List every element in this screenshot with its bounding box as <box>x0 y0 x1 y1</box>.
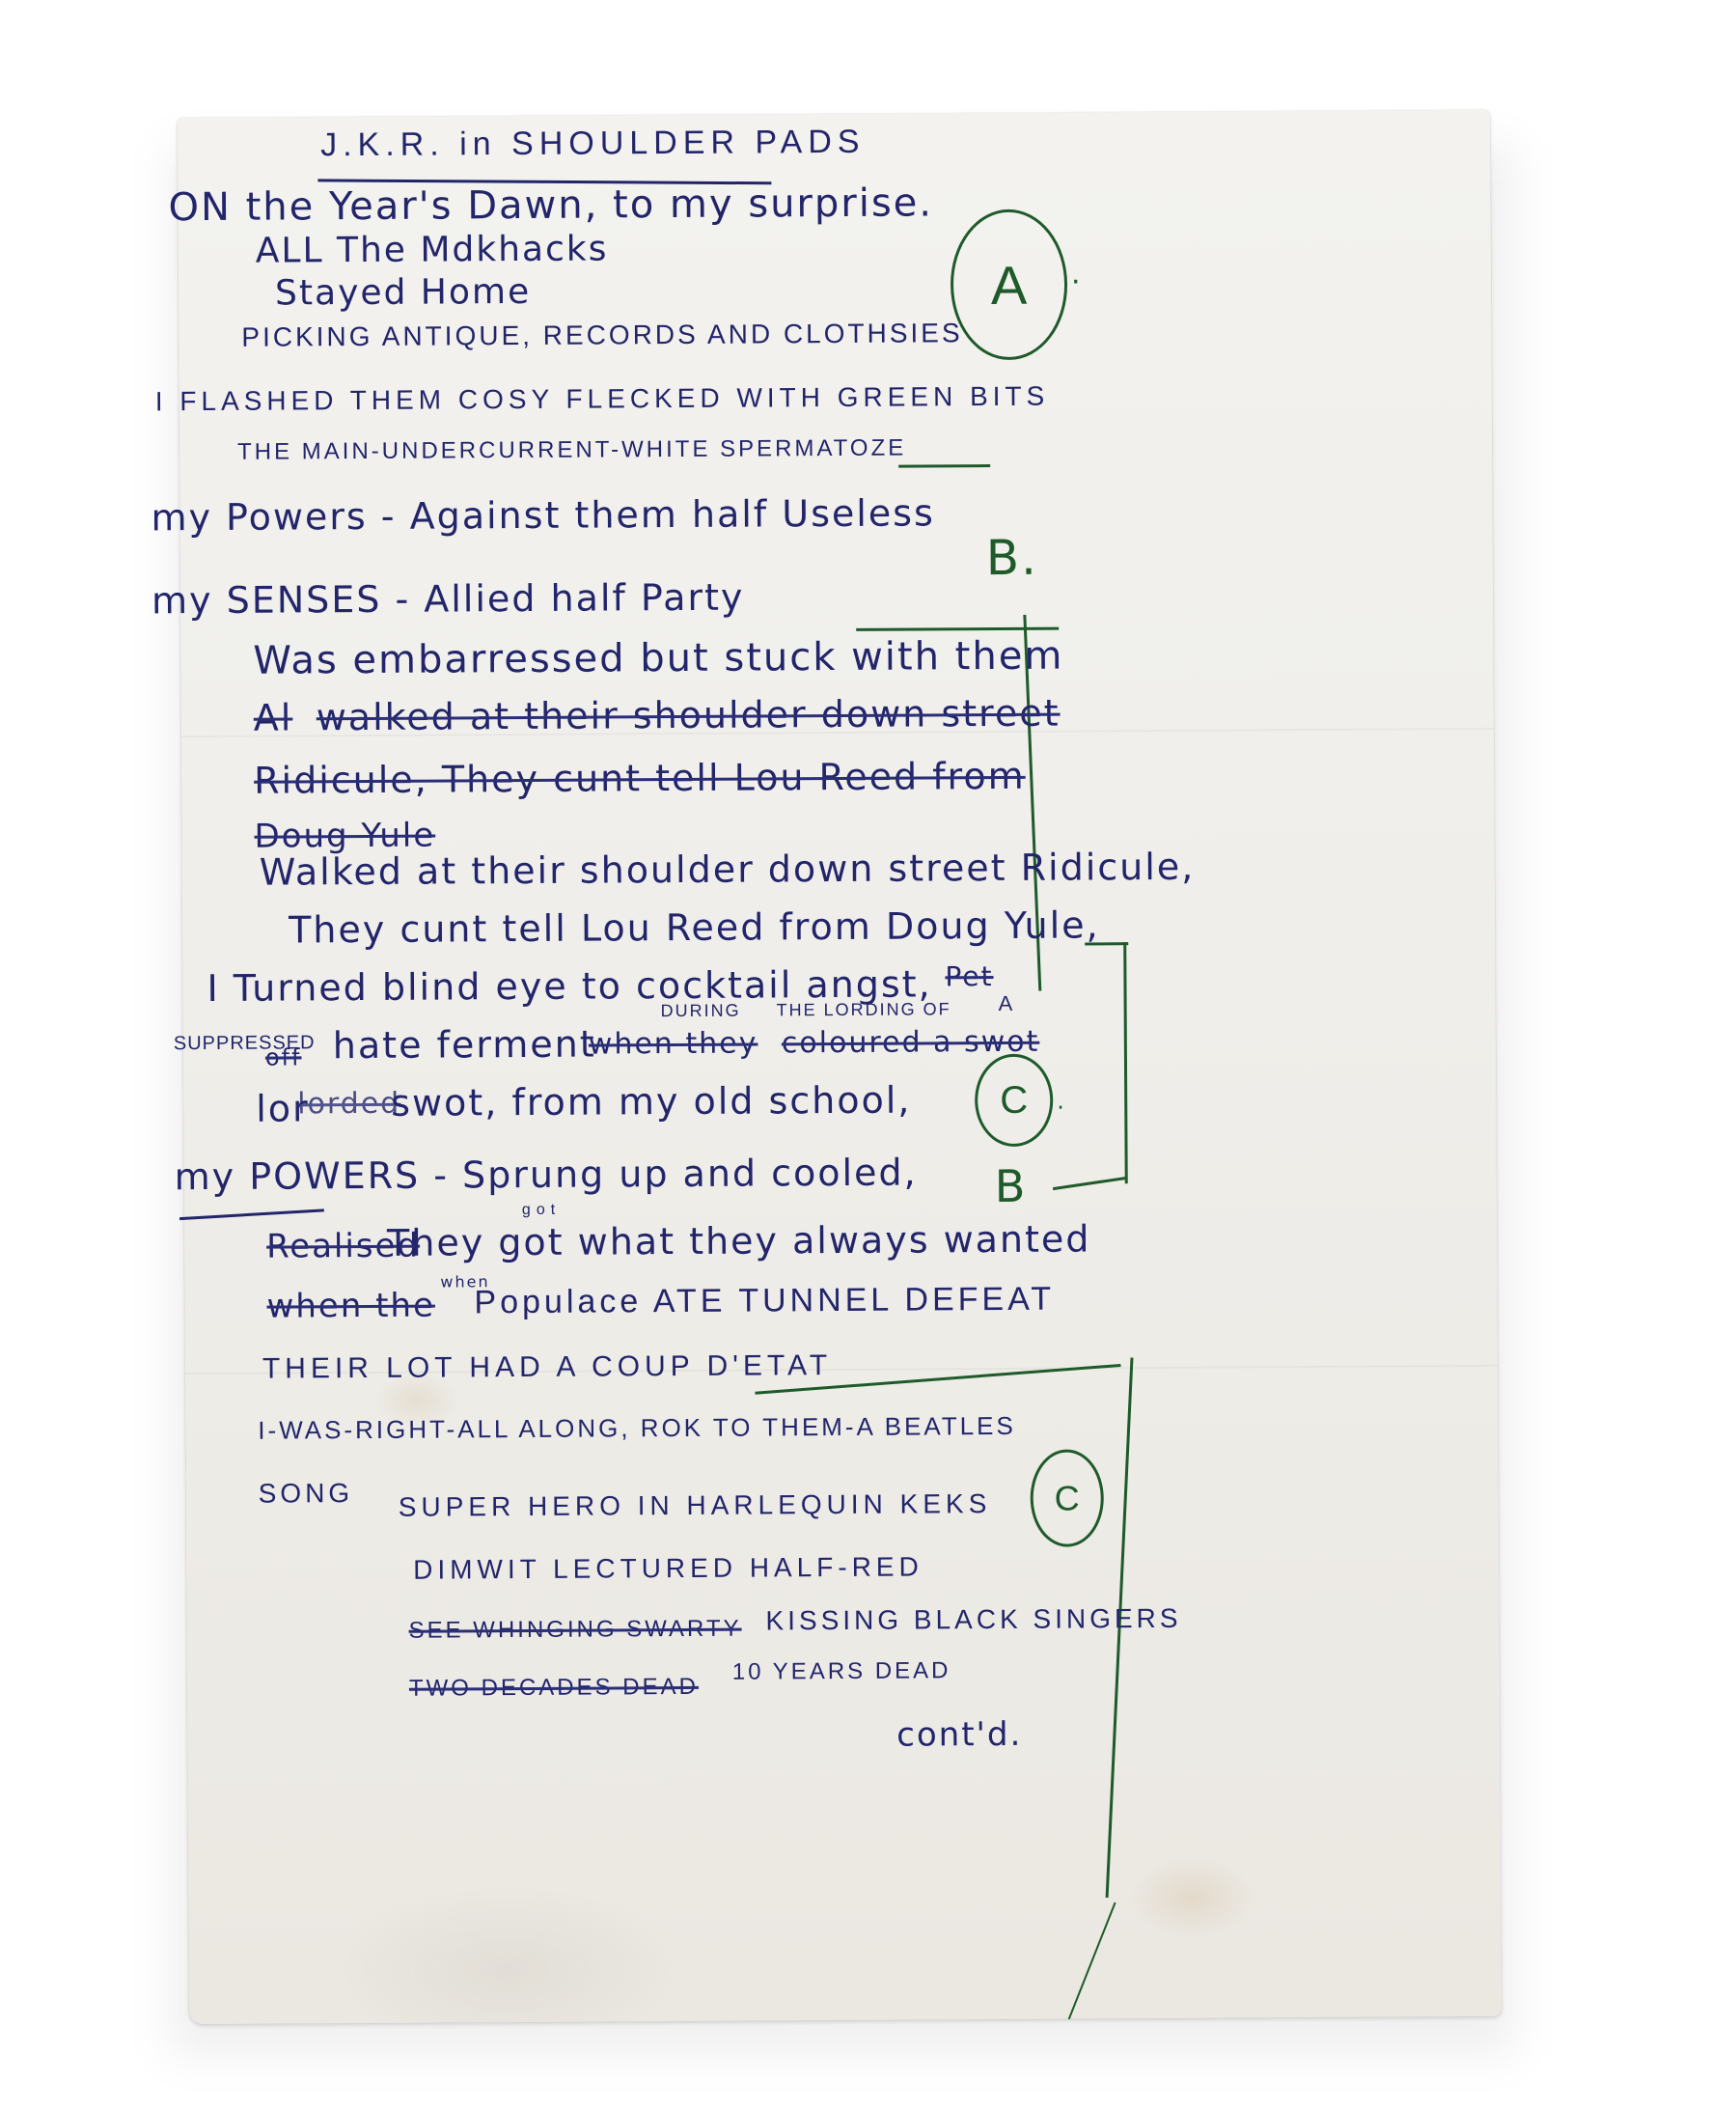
lyric-line-2: ALL The Mdkhacks <box>256 229 609 270</box>
insert-got: got <box>522 1202 561 1219</box>
section-c1-dot: . <box>1057 1088 1066 1115</box>
green-bracket-side <box>1123 942 1128 1183</box>
section-c1-label: C <box>1000 1078 1028 1122</box>
lyric-line-24: SUPER HERO IN HARLEQUIN KEKS <box>399 1488 992 1523</box>
lyric-line-6: THE MAIN-UNDERCURRENT-WHITE SPERMATOZE <box>237 435 906 466</box>
struck-prefix: Al <box>254 696 293 738</box>
green-underline <box>898 464 990 468</box>
lyric-line-17: swot, from my old school, <box>391 1079 911 1125</box>
section-c1-circle-icon: C <box>975 1054 1054 1147</box>
insert-lording: THE LORDING OF <box>777 999 951 1020</box>
lyric-line-8: my SENSES - Allied half Party <box>152 576 745 623</box>
struck-see-whinging: SEE WHINGING SWARTY <box>408 1616 741 1645</box>
struck-word-off: off <box>265 1043 302 1070</box>
continued-note: cont'd. <box>896 1715 1022 1755</box>
insert-during: DURING <box>661 1001 741 1022</box>
lyric-line-23: SONG <box>259 1478 354 1510</box>
lyric-line-21: THEIR LOT HAD A COUP D'ETAT <box>262 1349 832 1386</box>
manuscript-sheet: J.K.R. in SHOULDER PADS ON the Year's Da… <box>178 110 1502 2024</box>
section-b2-label: B <box>995 1160 1028 1212</box>
green-bracket-top <box>856 627 1059 631</box>
struck-coloured: coloured a swot <box>782 1025 1040 1061</box>
lyric-line-20: Populace ATE TUNNEL DEFEAT <box>474 1281 1055 1322</box>
struck-line-10: walked at their shoulder down street <box>317 692 1061 739</box>
section-c2-label: C <box>1055 1478 1080 1518</box>
green-arrow-icon <box>1068 1903 1116 2020</box>
lyric-line-26: KISSING BLACK SINGERS <box>765 1603 1181 1637</box>
lyric-line-19: They got what they always wanted <box>387 1217 1091 1264</box>
green-bracket-bottom <box>1053 1177 1128 1190</box>
powers-underline <box>179 1208 324 1220</box>
lyric-line-27: 10 YEARS DEAD <box>732 1657 951 1685</box>
lyric-line-4: PICKING ANTIQUE, RECORDS AND CLOTHSIES <box>241 318 962 353</box>
struck-two-decades: TWO DECADES DEAD <box>409 1674 699 1703</box>
lyric-line-25: DIMWIT LECTURED HALF-RED <box>413 1551 923 1585</box>
lyric-line-5: I FLASHED THEM COSY FLECKED WITH GREEN B… <box>155 381 1050 418</box>
struck-word-pet: Pet <box>945 960 993 992</box>
section-a-label: A <box>991 253 1028 316</box>
struck-line-11: Ridicule, They cunt tell Lou Reed from <box>254 755 1026 802</box>
page-title: J.K.R. in SHOULDER PADS <box>320 124 866 164</box>
section-b-label: B. <box>986 530 1039 586</box>
lyric-line-13: Walked at their shoulder down street Rid… <box>260 846 1196 894</box>
lyric-line-16: hate ferment <box>333 1023 596 1068</box>
struck-when-they: when they <box>589 1027 758 1062</box>
lyric-line-1: ON the Year's Dawn, to my surprise. <box>168 181 933 230</box>
insert-a: A <box>999 991 1019 1016</box>
lyric-line-22: I-WAS-RIGHT-ALL ALONG, ROK TO THEM-A BEA… <box>258 1411 1016 1446</box>
section-c2-circle-icon: C <box>1030 1449 1104 1546</box>
lyric-line-18: my POWERS - Sprung up and cooled, <box>175 1152 918 1199</box>
struck-when-the: when the <box>266 1287 435 1326</box>
lyric-line-9: Was embarressed but stuck with them <box>253 634 1063 683</box>
lyric-line-3: Stayed Home <box>275 272 531 314</box>
green-bracket-top <box>1085 942 1128 945</box>
section-a-dot: . <box>1071 257 1083 291</box>
struck-lorded: lorded <box>297 1087 400 1122</box>
section-a-circle-icon: A <box>951 209 1068 361</box>
lyric-line-14: They cunt tell Lou Reed from Doug Yule, <box>289 903 1100 951</box>
lyric-line-7: my Powers - Against them half Useless <box>151 491 935 539</box>
